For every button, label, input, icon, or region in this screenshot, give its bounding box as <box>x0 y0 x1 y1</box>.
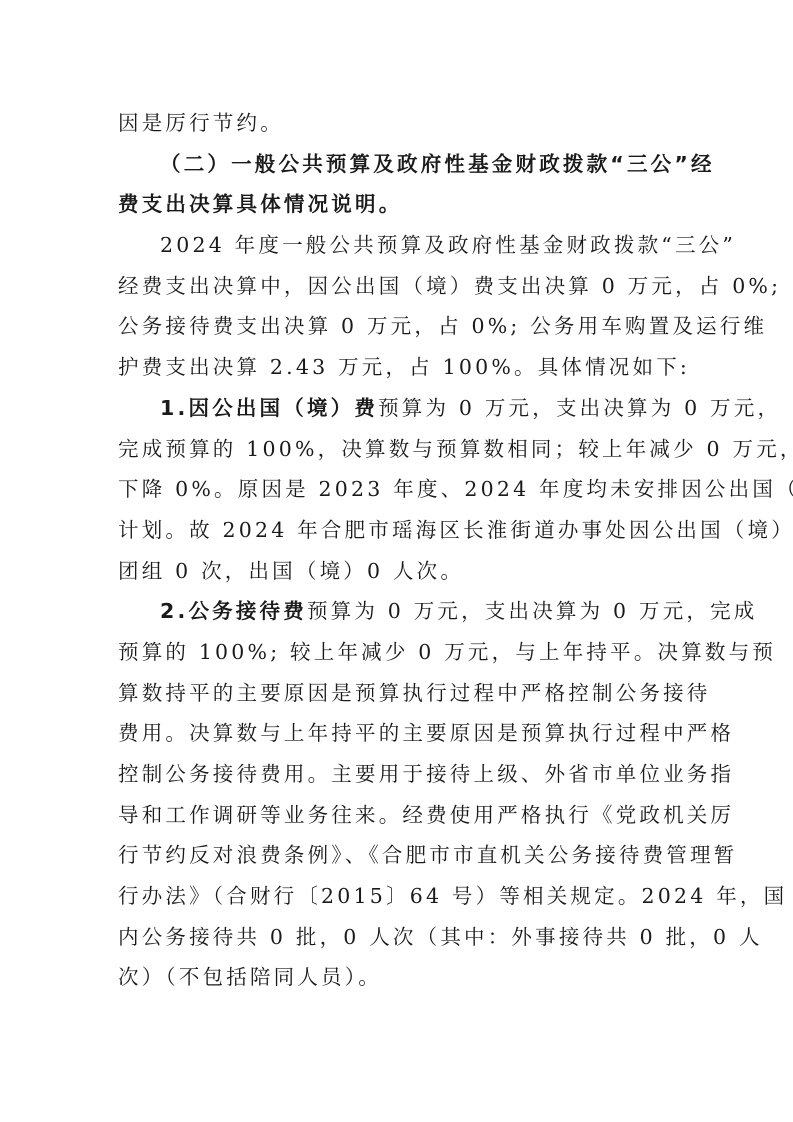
line-text: 公务接待费支出决算 0 万元，占 0%; 公务用车购置及运行维 <box>118 314 767 338</box>
text-line: 预算的 100%; 较上年减少 0 万元，与上年持平。决算数与预 <box>118 632 678 673</box>
line-text: 完成预算的 100%，决算数与预算数相同；较上年减少 0 万元， <box>118 437 793 461</box>
document-page: 因是厉行节约。 （二）一般公共预算及政府性基金财政拨款“三公”经 费支出决算具体… <box>118 103 678 998</box>
text-line: 完成预算的 100%，决算数与预算数相同；较上年减少 0 万元， <box>118 429 678 470</box>
text-line: 计划。故 2024 年合肥市瑶海区长淮街道办事处因公出国（境） <box>118 510 678 551</box>
item-title-bold: 1.因公出国（境）费 <box>160 396 378 420</box>
line-text: 行节约反对浪费条例》、《合肥市市直机关公务接待费管理暂 <box>118 843 737 867</box>
line-text: 行办法》（合财行〔2015〕64 号）等相关规定。2024 年，国 <box>118 884 787 908</box>
line-text: 控制公务接待费用。主要用于接待上级、外省市单位业务指 <box>118 762 734 786</box>
text-line: 下降 0%。原因是 2023 年度、2024 年度均未安排因公出国（境） <box>118 469 678 510</box>
line-text: 因是厉行节约。 <box>118 111 284 135</box>
item-title-bold: 2.公务接待费 <box>160 599 307 623</box>
text-line: 次）（不包括陪同人员）。 <box>118 957 678 998</box>
line-text: 2024 年度一般公共预算及政府性基金财政拨款“三公” <box>160 233 736 257</box>
text-line: 团组 0 次，出国（境）0 人次。 <box>118 551 678 592</box>
section-heading-line: 费支出决算具体情况说明。 <box>118 184 678 225</box>
text-line: 控制公务接待费用。主要用于接待上级、外省市单位业务指 <box>118 754 678 795</box>
text-line: 导和工作调研等业务往来。经费使用严格执行《党政机关厉 <box>118 795 678 836</box>
text-line: 公务接待费支出决算 0 万元，占 0%; 公务用车购置及运行维 <box>118 306 678 347</box>
section-heading-text: 费支出决算具体情况说明。 <box>118 192 402 216</box>
line-text: 护费支出决算 2.43 万元，占 100%。具体情况如下: <box>118 355 690 379</box>
line-text: 导和工作调研等业务往来。经费使用严格执行《党政机关厉 <box>118 803 734 827</box>
text-line: 算数持平的主要原因是预算执行过程中严格控制公务接待 <box>118 673 678 714</box>
line-text: 算数持平的主要原因是预算执行过程中严格控制公务接待 <box>118 681 711 705</box>
line-text: 预算为 0 万元，支出决算为 0 万元，完成 <box>307 599 758 623</box>
item-heading-line: 1.因公出国（境）费预算为 0 万元，支出决算为 0 万元， <box>118 388 678 429</box>
line-text: 费用。决算数与上年持平的主要原因是预算执行过程中严格 <box>118 721 734 745</box>
section-heading-text: （二）一般公共预算及政府性基金财政拨款“三公”经 <box>160 152 715 176</box>
text-line: 护费支出决算 2.43 万元，占 100%。具体情况如下: <box>118 347 678 388</box>
line-text: 预算为 0 万元，支出决算为 0 万元， <box>378 396 781 420</box>
text-line: 因是厉行节约。 <box>118 103 678 144</box>
text-line: 经费支出决算中，因公出国（境）费支出决算 0 万元，占 0%; <box>118 266 678 307</box>
text-line: 行节约反对浪费条例》、《合肥市市直机关公务接待费管理暂 <box>118 835 678 876</box>
line-text: 预算的 100%; 较上年减少 0 万元，与上年持平。决算数与预 <box>118 640 776 664</box>
text-line: 费用。决算数与上年持平的主要原因是预算执行过程中严格 <box>118 713 678 754</box>
text-line: 内公务接待共 0 批，0 人次（其中：外事接待共 0 批，0 人 <box>118 917 678 958</box>
line-text: 团组 0 次，出国（境）0 人次。 <box>118 559 464 583</box>
line-text: 内公务接待共 0 批，0 人次（其中：外事接待共 0 批，0 人 <box>118 925 763 949</box>
text-line: 行办法》（合财行〔2015〕64 号）等相关规定。2024 年，国 <box>118 876 678 917</box>
line-text: 下降 0%。原因是 2023 年度、2024 年度均未安排因公出国（境） <box>118 477 793 501</box>
section-heading-line: （二）一般公共预算及政府性基金财政拨款“三公”经 <box>118 144 678 185</box>
line-text: 计划。故 2024 年合肥市瑶海区长淮街道办事处因公出国（境） <box>118 518 793 542</box>
text-line: 2024 年度一般公共预算及政府性基金财政拨款“三公” <box>118 225 678 266</box>
line-text: 次）（不包括陪同人员）。 <box>118 965 382 989</box>
item-heading-line: 2.公务接待费预算为 0 万元，支出决算为 0 万元，完成 <box>118 591 678 632</box>
line-text: 经费支出决算中，因公出国（境）费支出决算 0 万元，占 0%; <box>118 274 781 298</box>
